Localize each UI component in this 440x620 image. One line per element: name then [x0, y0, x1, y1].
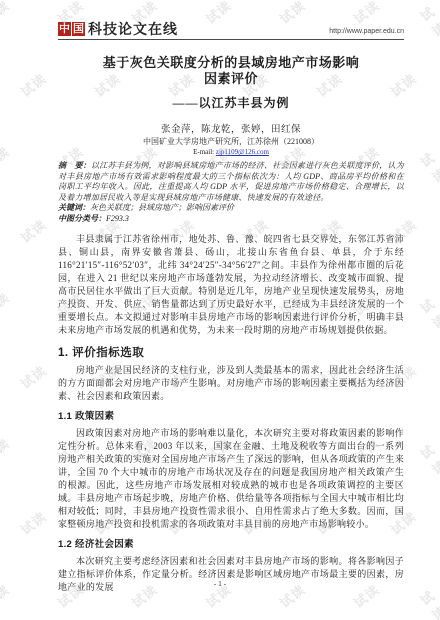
abstract-paragraph: 摘 要：以江苏丰县为例，对影响县域房地产市场的经济、社会因素进行灰色关联度评价，… — [58, 161, 404, 203]
authors-line: 张金萍，陈龙乾，张婷，田红保 — [58, 121, 404, 135]
section-1-heading: 1. 评价指标选取 — [58, 346, 404, 360]
email-line: E-mail: zjp1109@126.com — [58, 148, 404, 156]
site-url-link[interactable]: http://www.paper.edu.cn — [329, 28, 404, 36]
abstract-label: 摘 要： — [58, 161, 91, 170]
paper-title: 基于灰色关联度分析的县域房地产市场影响因素评价 — [101, 55, 361, 87]
keywords-line: 关键词：灰色关联度；县域房地产；影响因素评价 — [58, 203, 404, 214]
email-link[interactable]: zjp1109@126.com — [216, 148, 269, 156]
keywords-text: 灰色关联度；县域房地产；影响因素评价 — [90, 203, 234, 212]
logo-cn-box-icon: 中 — [58, 22, 71, 36]
page-content: 中 国 科技论文在线 http://www.paper.edu.cn 基于灰色关… — [0, 0, 440, 594]
clc-label: 中图分类号： — [58, 214, 106, 223]
section-1-2-heading: 1.2 经济社会因素 — [58, 539, 404, 551]
paper-subtitle: ——以江苏丰县为例 — [58, 94, 404, 111]
clc-line: 中图分类号：F293.3 — [58, 214, 404, 225]
header: 中 国 科技论文在线 http://www.paper.edu.cn — [58, 22, 404, 40]
site-logo: 中 国 科技论文在线 — [58, 22, 178, 36]
keywords-label: 关键词： — [58, 203, 90, 212]
affiliation-line: 中国矿业大学房地产研究所，江苏徐州（221008） — [58, 136, 404, 147]
logo-cn-box-icon: 国 — [72, 22, 85, 36]
section-1-1-paragraph: 因政策因素对房地产市场的影响难以量化，本次研究主要对将政策因素的影响作定性分析。… — [58, 427, 404, 531]
section-1-1-heading: 1.1 政策因素 — [58, 411, 404, 423]
clc-value: F293.3 — [106, 214, 129, 223]
header-divider — [58, 39, 404, 40]
email-label: E-mail: — [193, 148, 216, 156]
page-number: - 1 - — [0, 579, 440, 588]
paper-page: 试读试读试读试读试读试读试读试读试读试读试读试读试读试读试读试读试读试读试读试读… — [0, 0, 440, 620]
section-1-paragraph: 房地产业是国民经济的支柱行业，涉及到人类最基本的需求，因此社会经济生活的方方面面… — [58, 364, 404, 403]
abstract-text: 以江苏丰县为例，对影响县域房地产市场的经济、社会因素进行灰色关联度评价，认为对丰… — [58, 161, 404, 202]
section-1-2-paragraph: 本次研究主要考虑经济因素和社会因素对丰县房地产市场的影响。将各影响因子建立指标评… — [58, 555, 404, 594]
logo-text: 科技论文在线 — [88, 22, 178, 36]
intro-paragraph: 丰县隶属于江苏省徐州市，地处苏、鲁、豫、皖四省七县交界处，东邻江苏省沛县、铜山县… — [58, 233, 404, 337]
